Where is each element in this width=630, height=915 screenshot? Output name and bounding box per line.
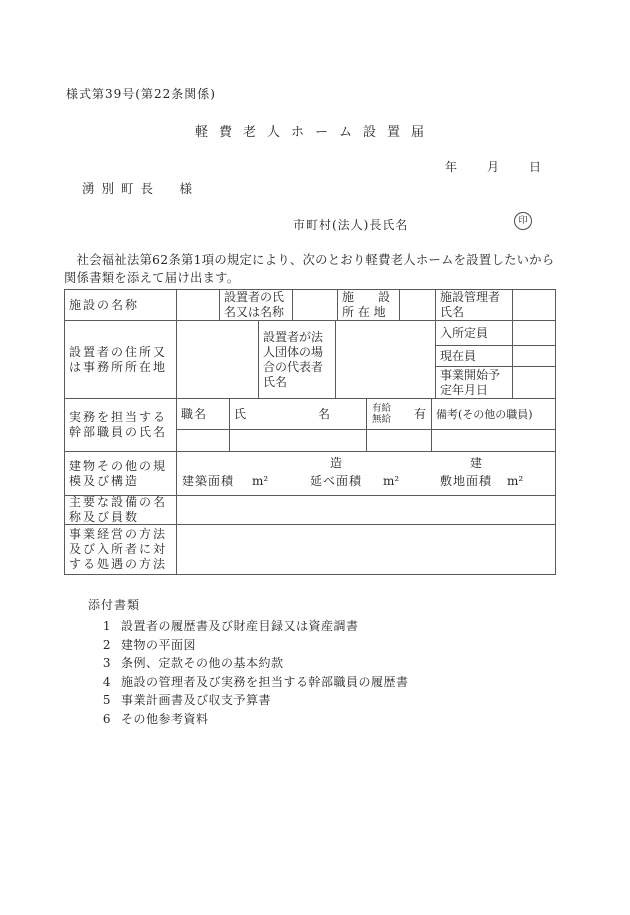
building-area-label: 建築面積: [182, 474, 234, 489]
job-title-value: [177, 430, 230, 452]
building-content: 造 建 建築面積 m² 延べ面積 m² 敷地面積 m²: [177, 452, 556, 496]
paid-unpaid-label: 有給 無給: [372, 403, 391, 425]
signer-label: 市町村(法人)長氏名: [293, 216, 408, 233]
facility-address-label: 施 設 所 在 地: [338, 290, 400, 321]
current-residents-label: 現在員: [436, 346, 513, 367]
attachment-number: 6: [102, 710, 111, 729]
remarks-header: 備考(その他の職員): [432, 399, 556, 430]
attachments-list: 1 設置者の履歴書及び財産目録又は資産調書 2 建物の平面図 3 条例、定款その…: [102, 617, 409, 729]
representative-value: [336, 321, 436, 399]
equipment-label: 主要な設備の名称及び員数: [65, 496, 177, 525]
stories-suffix: 建: [470, 456, 482, 471]
start-date-value: [513, 367, 556, 399]
attachment-item: 3 条例、定款その他の基本約款: [102, 654, 409, 673]
paid-value: 有: [414, 407, 426, 422]
founder-address-value: [177, 321, 259, 399]
management-value: [177, 525, 556, 575]
attachment-number: 2: [102, 636, 111, 655]
attachment-number: 1: [102, 617, 111, 636]
manager-name-label: 施設管理者氏名: [436, 290, 513, 321]
site-area-label: 敷地面積: [440, 474, 492, 489]
attachment-number: 4: [102, 673, 111, 692]
capacity-value: [513, 321, 556, 346]
structure-suffix: 造: [330, 456, 342, 471]
document-title: 軽費老人ホーム設置届: [0, 121, 630, 140]
remarks-value: [432, 430, 556, 452]
capacity-label: 入所定員: [436, 321, 513, 346]
document-page: 様式第39号(第22条関係) 軽費老人ホーム設置届 年 月 日 湧別町長 様 市…: [0, 0, 630, 915]
date-line: 年 月 日: [445, 158, 543, 175]
facility-name-value: [177, 290, 220, 321]
founder-name-label: 設置者の氏名又は名称: [220, 290, 293, 321]
staff-label: 実務を担当する幹部職員の氏名: [65, 399, 177, 452]
site-area-unit: m²: [507, 474, 523, 489]
paid-unpaid-value: [367, 430, 432, 452]
seal-character: 印: [518, 217, 527, 226]
attachment-number: 3: [102, 654, 111, 673]
form-table: 施設の名称 設置者の氏名又は名称 施 設 所 在 地 施設管理者氏名 設置者の住…: [64, 289, 556, 575]
attachment-item: 6 その他参考資料: [102, 710, 409, 729]
building-area-unit: m²: [252, 474, 268, 489]
attachment-item: 1 設置者の履歴書及び財産目録又は資産調書: [102, 617, 409, 636]
building-label: 建物その他の規模及び構造: [65, 452, 177, 496]
founder-address-label: 設置者の住所又は事務所所在地: [65, 321, 177, 399]
addressee: 湧別町長 様: [82, 179, 199, 197]
form-number: 様式第39号(第22条関係): [66, 85, 216, 102]
attachment-item: 5 事業計画書及び収支予算書: [102, 691, 409, 710]
attachment-text: 施設の管理者及び実務を担当する幹部職員の履歴書: [121, 673, 409, 692]
attachment-text: 建物の平面図: [121, 636, 196, 655]
seal-icon: 印: [514, 212, 532, 230]
management-label: 事業経営の方法及び入所者に対する処遇の方法: [65, 525, 177, 575]
paid-unpaid-header: 有給 無給 有: [367, 399, 432, 430]
attachment-text: その他参考資料: [121, 710, 209, 729]
staff-name-value: [230, 430, 367, 452]
attachment-number: 5: [102, 691, 111, 710]
staff-name-header: 氏 名: [230, 399, 367, 430]
start-date-label: 事業開始予定年月日: [436, 367, 513, 399]
job-title-header: 職名: [177, 399, 230, 430]
manager-name-value: [513, 290, 556, 321]
attachment-item: 4 施設の管理者及び実務を担当する幹部職員の履歴書: [102, 673, 409, 692]
floor-area-label: 延べ面積: [310, 474, 362, 489]
attachments-heading: 添付書類: [88, 596, 140, 613]
facility-name-label: 施設の名称: [65, 290, 177, 321]
attachment-text: 事業計画書及び収支予算書: [121, 691, 271, 710]
founder-name-value: [293, 290, 338, 321]
current-residents-value: [513, 346, 556, 367]
representative-label: 設置者が法人団体の場合の代表者氏名: [259, 321, 336, 399]
attachment-text: 設置者の履歴書及び財産目録又は資産調書: [121, 617, 359, 636]
body-paragraph: 社会福祉法第62条第1項の規定により、次のとおり軽費老人ホームを設置したいから …: [64, 252, 566, 287]
floor-area-unit: m²: [383, 474, 399, 489]
attachment-item: 2 建物の平面図: [102, 636, 409, 655]
equipment-value: [177, 496, 556, 525]
attachment-text: 条例、定款その他の基本約款: [121, 654, 284, 673]
facility-address-value: [400, 290, 436, 321]
